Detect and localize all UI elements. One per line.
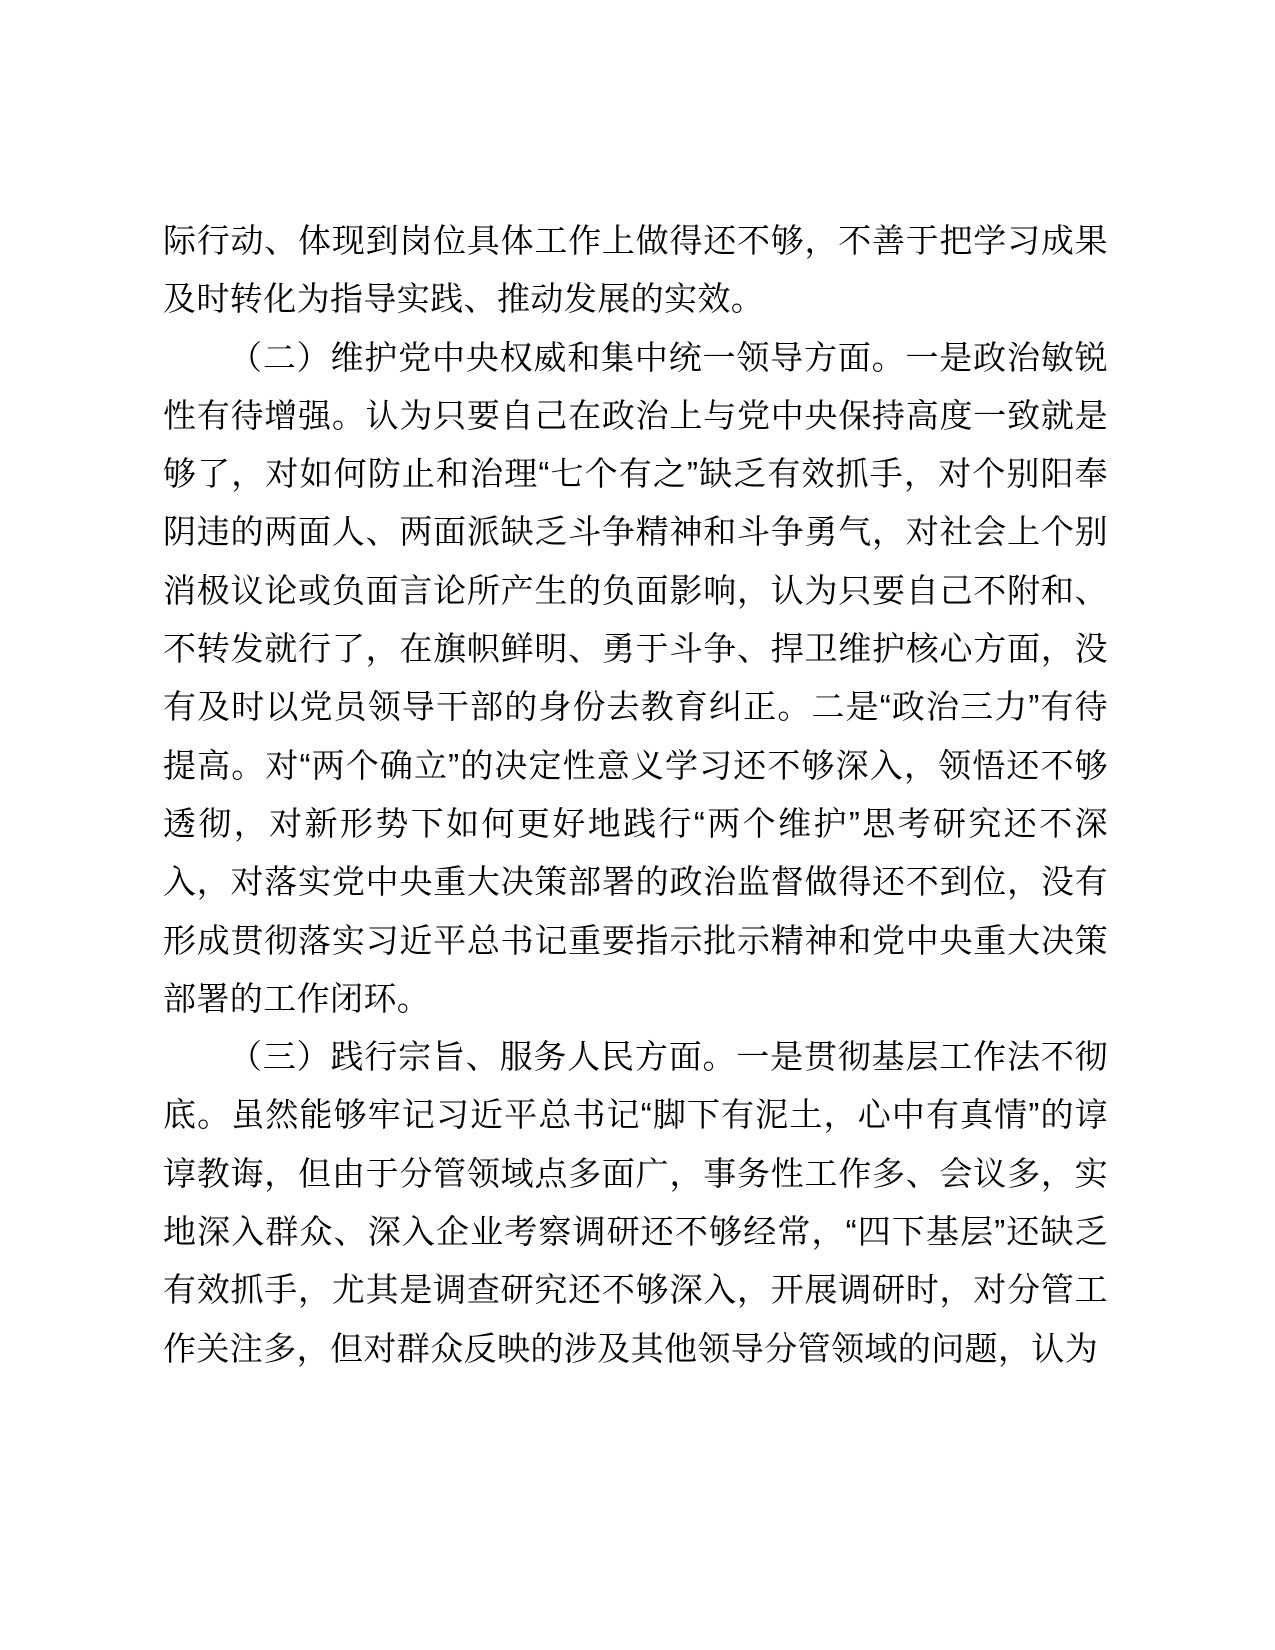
paragraph-section-3: （三）践行宗旨、服务人民方面。一是贯彻基层工作法不彻底。虽然能够牢记习近平总书记… xyxy=(163,1028,1108,1378)
paragraph-section-2: （二）维护党中央权威和集中统一领导方面。一是政治敏锐性有待增强。认为只要自己在政… xyxy=(163,329,1108,1029)
document-page: 际行动、体现到岗位具体工作上做得还不够，不善于把学习成果及时转化为指导实践、推动… xyxy=(0,0,1275,1650)
paragraph-continuation: 际行动、体现到岗位具体工作上做得还不够，不善于把学习成果及时转化为指导实践、推动… xyxy=(163,212,1108,329)
document-body: 际行动、体现到岗位具体工作上做得还不够，不善于把学习成果及时转化为指导实践、推动… xyxy=(163,212,1108,1378)
